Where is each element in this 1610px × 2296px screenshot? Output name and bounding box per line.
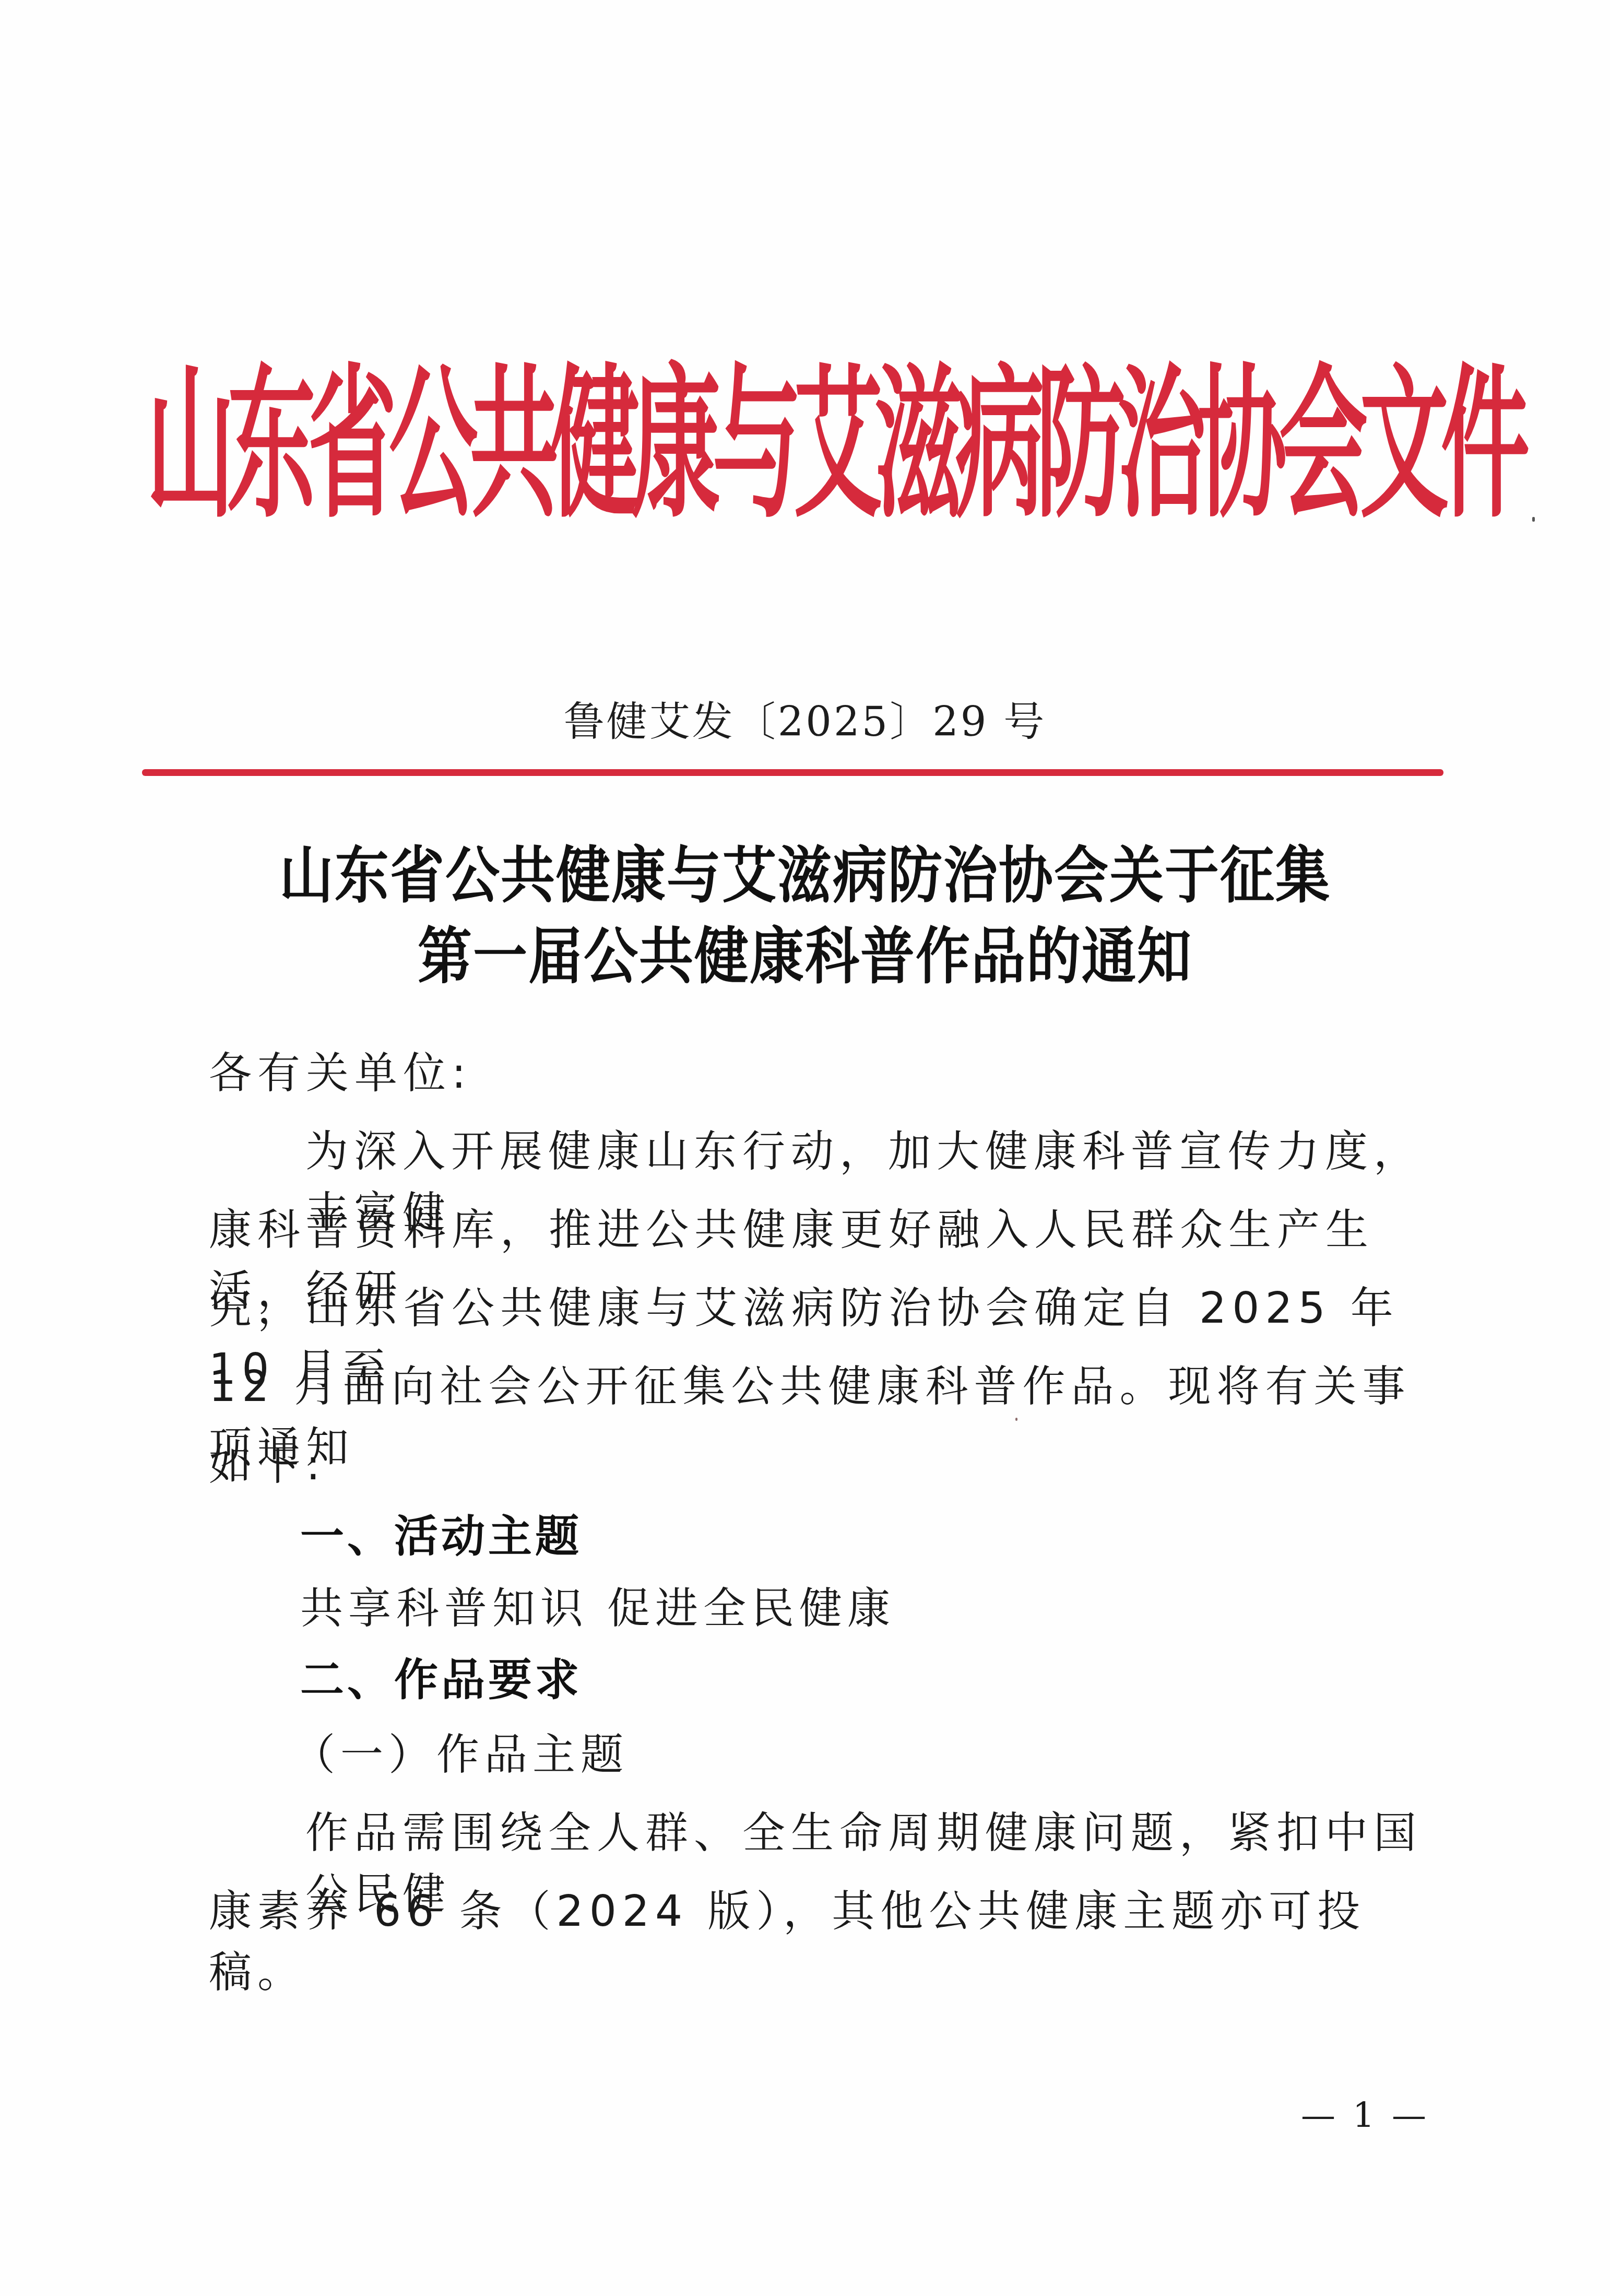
masthead-char: 艾	[794, 363, 874, 528]
masthead-char: 东	[227, 363, 308, 528]
work-theme-line-2: 康素养 66 条（2024 版），其他公共健康主题亦可投稿。	[209, 1877, 1441, 1999]
scan-speck	[1015, 1418, 1017, 1421]
masthead-char: 防	[1036, 363, 1117, 528]
salutation: 各有关单位:	[209, 1039, 1441, 1100]
masthead-char: 滋	[874, 363, 955, 528]
masthead-char: 会	[1279, 363, 1360, 528]
document-page: 山 东 省 公 共 健 康 与 艾 滋 病 防 治 协 会 文 件 鲁健艾发〔2…	[0, 0, 1610, 2296]
notice-title-line-1: 山东省公共健康与艾滋病防治协会关于征集	[0, 831, 1610, 922]
masthead-char: 山	[146, 363, 227, 528]
masthead-title: 山 东 省 公 共 健 康 与 艾 滋 病 防 治 协 会 文 件	[146, 360, 1438, 527]
red-divider-rule	[142, 769, 1443, 776]
scan-speck	[1532, 517, 1535, 522]
masthead-char: 省	[308, 363, 389, 528]
notice-title-line-2: 第一届公共健康科普作品的通知	[0, 912, 1610, 1003]
masthead-char: 文	[1360, 363, 1441, 528]
masthead-char: 共	[470, 363, 551, 528]
masthead-char: 康	[632, 363, 713, 528]
masthead-char: 件	[1441, 363, 1522, 528]
activity-theme-text: 共享科普知识 促进全民健康	[300, 1574, 895, 1635]
intro-line-5: 如下:	[209, 1431, 1441, 1492]
masthead-char: 与	[713, 363, 794, 528]
masthead-char: 病	[955, 363, 1036, 528]
subsection-heading-work-theme: （一）作品主题	[292, 1721, 629, 1782]
section-heading-theme: 一、活动主题	[300, 1501, 582, 1564]
masthead-char: 协	[1198, 363, 1279, 528]
page-number: — 1 —	[1292, 2095, 1438, 2135]
section-heading-requirements: 二、作品要求	[300, 1645, 582, 1708]
masthead-char: 健	[551, 363, 632, 528]
masthead-char: 治	[1117, 363, 1198, 528]
document-number: 鲁健艾发〔2025〕29 号	[0, 689, 1610, 748]
masthead-char: 公	[389, 363, 470, 528]
notice-title: 山东省公共健康与艾滋病防治协会关于征集 第一届公共健康科普作品的通知	[0, 835, 1610, 997]
